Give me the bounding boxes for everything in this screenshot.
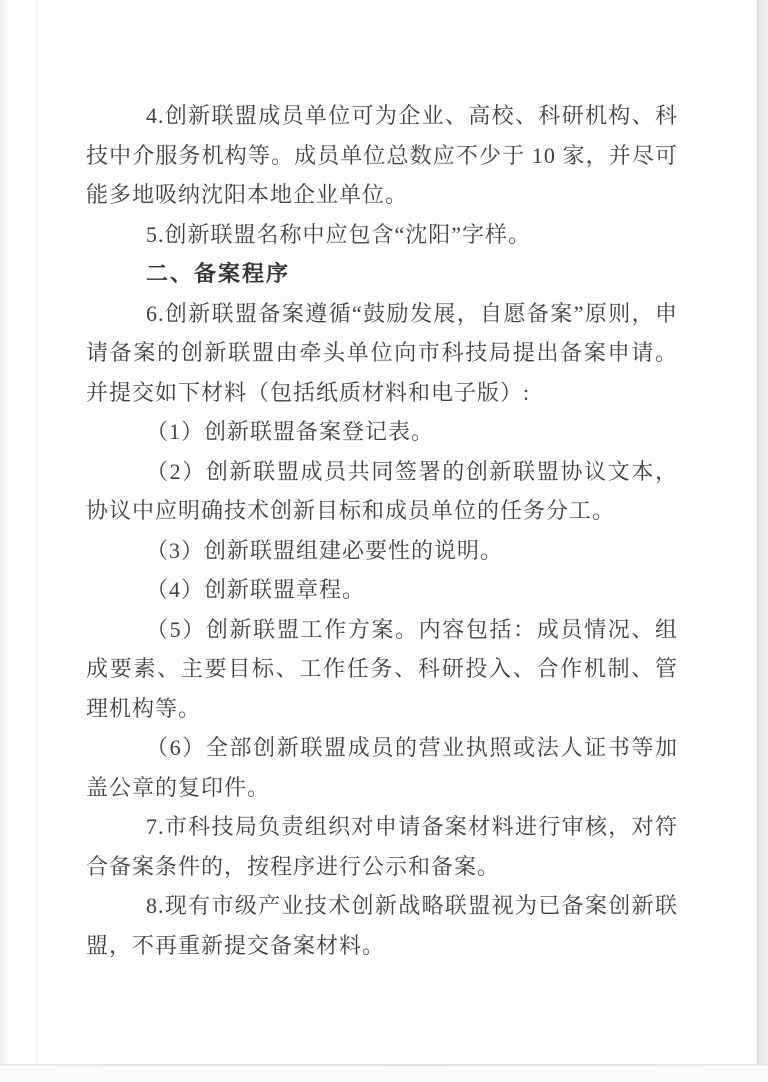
scan-edge-left — [0, 0, 9, 1082]
list-item-4-charter: （4）创新联盟章程。 — [86, 570, 678, 610]
document-page: 4.创新联盟成员单位可为企业、高校、科研机构、科技中介服务机构等。成员单位总数应… — [0, 0, 768, 1082]
document-text-block: 4.创新联盟成员单位可为企业、高校、科研机构、科技中介服务机构等。成员单位总数应… — [86, 96, 678, 965]
section-heading-filing-procedure: 二、备案程序 — [86, 254, 678, 294]
list-item-2-agreement-text: （2）创新联盟成员共同签署的创新联盟协议文本，协议中应明确技术创新目标和成员单位… — [86, 452, 678, 531]
paragraph-5-alliance-name: 5.创新联盟名称中应包含“沈阳”字样。 — [86, 215, 678, 255]
scan-edge-bottom-line — [0, 1064, 768, 1066]
paragraph-4-member-units: 4.创新联盟成员单位可为企业、高校、科研机构、科技中介服务机构等。成员单位总数应… — [86, 96, 678, 215]
list-item-1-registration-form: （1）创新联盟备案登记表。 — [86, 412, 678, 452]
list-item-3-necessity-statement: （3）创新联盟组建必要性的说明。 — [86, 531, 678, 571]
paragraph-7-review-process: 7.市科技局负责组织对申请备案材料进行审核，对符合备案条件的，按程序进行公示和备… — [86, 807, 678, 886]
scan-edge-right-strip — [759, 0, 768, 1082]
paragraph-6-filing-principle: 6.创新联盟备案遵循“鼓励发展，自愿备案”原则，申请备案的创新联盟由牵头单位向市… — [86, 294, 678, 413]
scan-crease-left — [37, 0, 38, 1082]
scan-edge-bottom-strip — [0, 1066, 768, 1082]
paragraph-8-existing-alliances: 8.现有市级产业技术创新战略联盟视为已备案创新联盟，不再重新提交备案材料。 — [86, 886, 678, 965]
list-item-5-work-plan: （5）创新联盟工作方案。内容包括：成员情况、组成要素、主要目标、工作任务、科研投… — [86, 610, 678, 729]
list-item-6-license-copies: （6）全部创新联盟成员的营业执照或法人证书等加盖公章的复印件。 — [86, 728, 678, 807]
